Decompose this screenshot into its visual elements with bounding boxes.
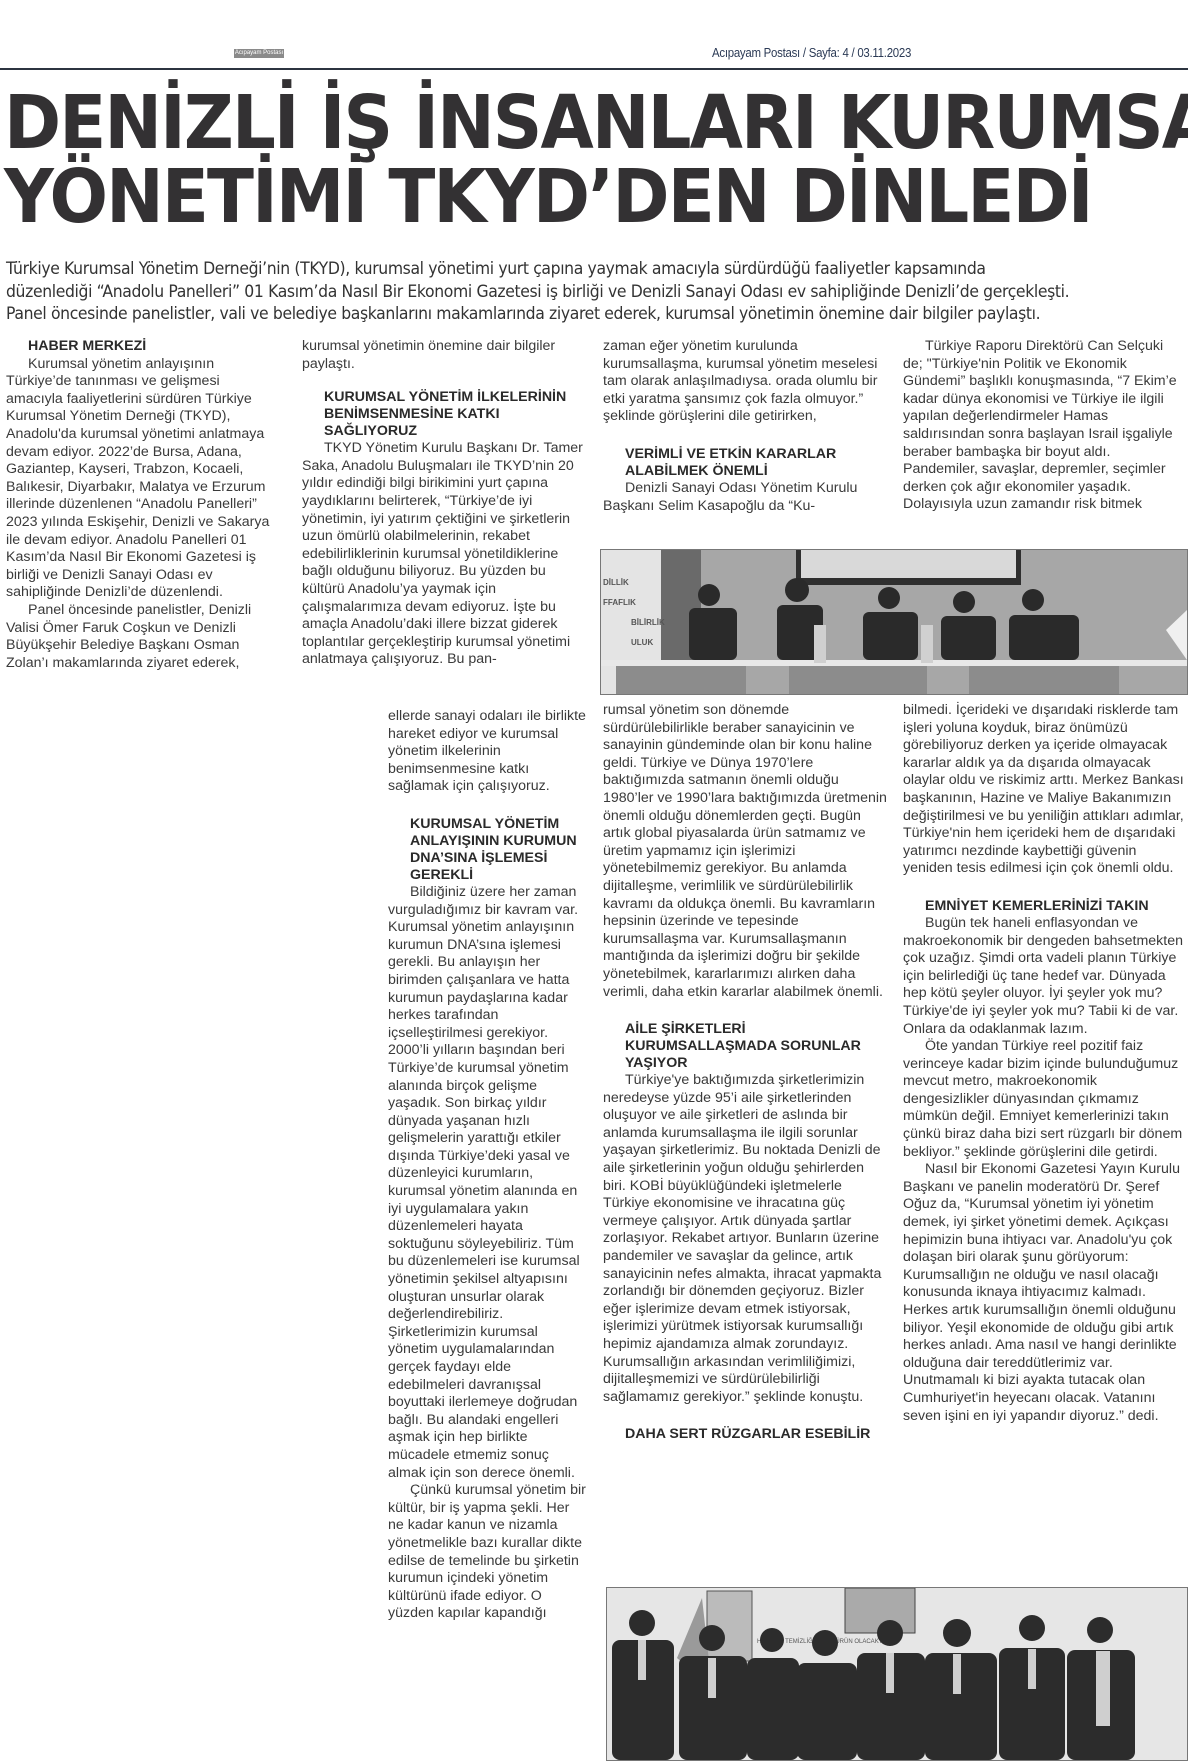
headline: DENİZLİ İŞ İNSANLARI KURUMSAL YÖNETİMİ T…: [4, 86, 1105, 234]
panel-photo-image: DİLLİK FFAFLIK BİLİRLİK ULUK: [601, 550, 1187, 694]
paragraph: kurumsal yönetimin önemine dair bilgiler…: [302, 338, 587, 373]
lede-line-2: düzenlediği “Anadolu Panelleri” 01 Kasım…: [6, 281, 1092, 304]
svg-text:FFAFLIK: FFAFLIK: [603, 598, 636, 607]
paragraph: Denizli Sanayi Odası Yönetim Kurulu Başk…: [603, 480, 888, 515]
paragraph: bilmedi. İçerideki ve dışarıdaki riskler…: [903, 702, 1185, 878]
column-1: HABER MERKEZİ Kurumsal yönetim anlayışın…: [6, 338, 278, 672]
column-4-upper: Türkiye Raporu Direktörü Can Selçuki de;…: [903, 338, 1185, 514]
paragraph: Kurumsal yönetim anlayışının Türkiye’de …: [6, 356, 278, 602]
column-2-lower: ellerde sanayi odaları ile birlikte hare…: [388, 708, 588, 1623]
newspaper-logo: Acıpayam Postası: [234, 49, 284, 58]
paragraph: TKYD Yönetim Kurulu Başkanı Dr. Tamer Sa…: [302, 440, 587, 669]
subheading: AİLE ŞİRKETLERİ KURUMSALLAŞMADA SORUNLAR…: [603, 1021, 888, 1072]
paragraph: Bugün tek haneli enflasyondan ve makroek…: [903, 915, 1185, 1038]
header-divider: [0, 68, 1188, 70]
paragraph: Panel öncesinde panelistler, Denizli Val…: [6, 602, 278, 672]
subheading: DAHA SERT RÜZGARLAR ESEBİLİR: [603, 1426, 888, 1443]
headline-line-2: YÖNETİMİ TKYD’DEN DİNLEDİ: [4, 160, 1105, 234]
paragraph: ellerde sanayi odaları ile birlikte hare…: [388, 708, 588, 796]
lede-paragraph: Türkiye Kurumsal Yönetim Derneği’nin (TK…: [6, 258, 1186, 326]
subheading: KURUMSAL YÖNETİM ANLAYIŞININ KURUMUN DNA…: [388, 816, 588, 884]
column-2-upper: kurumsal yönetimin önemine dair bilgiler…: [302, 338, 587, 669]
subheading: EMNİYET KEMERLERİNİZİ TAKIN: [903, 898, 1185, 915]
paragraph: Çünkü kurumsal yönetim bir kültür, bir i…: [388, 1482, 588, 1623]
paragraph: zaman eğer yönetim kurulunda kurumsallaş…: [603, 338, 888, 426]
paragraph: Bildiğiniz üzere her zaman vurguladığımı…: [388, 884, 588, 1482]
lede-line-3: Panel öncesinde panelistler, vali ve bel…: [6, 303, 1092, 326]
column-4-lower: bilmedi. İçerideki ve dışarıdaki riskler…: [903, 702, 1185, 1425]
svg-text:ULUK: ULUK: [631, 638, 653, 647]
paragraph: rumsal yönetim son dönemde sürdürülebili…: [603, 702, 888, 1001]
headline-line-1: DENİZLİ İŞ İNSANLARI KURUMSAL: [4, 86, 1105, 160]
group-photo-image: HER YER TEMİZLİĞİN KÜLTÜRÜN OLACAKTIR: [607, 1588, 1187, 1760]
svg-text:DİLLİK: DİLLİK: [603, 578, 629, 587]
subheading: VERİMLİ VE ETKİN KARARLAR ALABİLMEK ÖNEM…: [603, 446, 888, 480]
svg-text:BİLİRLİK: BİLİRLİK: [631, 618, 665, 627]
subheading: KURUMSAL YÖNETİM İLKELERİNİN BENİMSENMES…: [302, 389, 587, 440]
page-header: Acıpayam Postası Acıpayam Postası / Sayf…: [0, 0, 1188, 70]
column-3-lower: rumsal yönetim son dönemde sürdürülebili…: [603, 702, 888, 1443]
paragraph: Türkiye'ye baktığımızda şirketlerimizin …: [603, 1072, 888, 1406]
paragraph: Öte yandan Türkiye reel pozitif faiz ver…: [903, 1038, 1185, 1161]
paragraph: Nasıl bir Ekonomi Gazetesi Yayın Kurulu …: [903, 1161, 1185, 1425]
column-3-upper: zaman eğer yönetim kurulunda kurumsallaş…: [603, 338, 888, 515]
paragraph: Türkiye Raporu Direktörü Can Selçuki de;…: [903, 338, 1185, 514]
byline: HABER MERKEZİ: [6, 338, 278, 356]
group-photo: HER YER TEMİZLİĞİN KÜLTÜRÜN OLACAKTIR: [606, 1587, 1188, 1761]
panel-photo: DİLLİK FFAFLIK BİLİRLİK ULUK: [600, 549, 1188, 695]
lede-line-1: Türkiye Kurumsal Yönetim Derneği’nin (TK…: [6, 258, 1092, 281]
source-line: Acıpayam Postası / Sayfa: 4 / 03.11.2023: [712, 45, 911, 60]
